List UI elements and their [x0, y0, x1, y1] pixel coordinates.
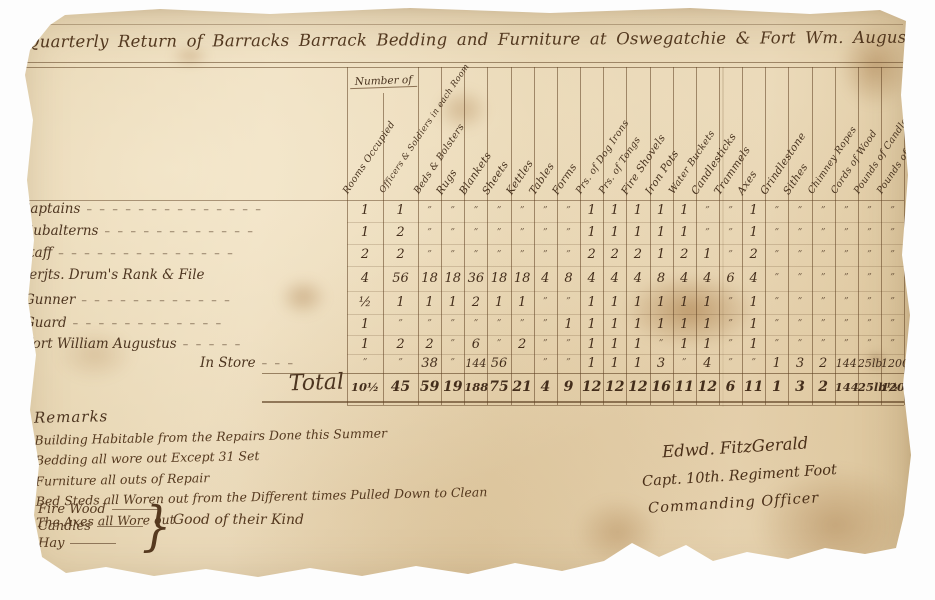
- table-cell: ”: [765, 291, 788, 314]
- table-cell: ”: [696, 222, 719, 244]
- table-cell: 9: [557, 373, 580, 401]
- table-cell: 1: [580, 222, 603, 244]
- table-cell: ”: [383, 314, 418, 335]
- table-cell: ”: [881, 200, 904, 222]
- signature-rank: Capt. 10th. Regiment Foot: [642, 462, 838, 490]
- table-cell: 1: [441, 291, 464, 314]
- table-cell: 6: [719, 266, 742, 291]
- table-cell: ”: [719, 291, 742, 314]
- table-cell: ”: [788, 335, 811, 354]
- grid-line-horizontal: [262, 401, 904, 403]
- table-cell: ”: [557, 335, 580, 354]
- table-cell: 1: [603, 335, 626, 354]
- table-cell: 1: [626, 354, 649, 373]
- table-cell: 1: [383, 291, 418, 314]
- table-cell: ”: [881, 335, 904, 354]
- table-cell: ”: [835, 222, 858, 244]
- table-cell: 2: [742, 244, 765, 266]
- table-cell: 1: [603, 222, 626, 244]
- table-cell: ”: [418, 222, 441, 244]
- table-cell: ”: [881, 291, 904, 314]
- row-label-text: Gunner: [24, 292, 75, 308]
- table-cell: 3: [650, 354, 673, 373]
- table-cell: 45: [383, 373, 418, 401]
- table-cell: ”: [673, 354, 696, 373]
- table-cell: ”: [812, 266, 835, 291]
- table-cell: 1: [626, 222, 649, 244]
- table-cell: ”: [511, 200, 534, 222]
- table-cell: 4: [603, 266, 626, 291]
- table-cell: 12: [626, 373, 649, 401]
- table-cell: ”: [719, 244, 742, 266]
- bracket-item-label: Candles: [38, 519, 91, 534]
- table-cell: 1: [673, 222, 696, 244]
- table-cell: ”: [812, 314, 835, 335]
- row-label: Captains– – – – – – – – – – – – – –: [20, 201, 263, 217]
- table-cell: 56: [487, 354, 510, 373]
- table-cell: ”: [557, 354, 580, 373]
- table-cell: 1: [742, 291, 765, 314]
- table-cell: ”: [742, 354, 765, 373]
- table-cell: 4: [742, 266, 765, 291]
- table-cell: 1: [673, 291, 696, 314]
- table-cell: ”: [534, 222, 557, 244]
- bracket-item: Candles: [38, 519, 158, 536]
- table-cell: 36: [464, 266, 487, 291]
- table-cell: 21: [511, 373, 534, 401]
- table-cell: 2: [580, 244, 603, 266]
- table-cell: 2: [418, 335, 441, 354]
- bracket-item: Hay: [38, 536, 158, 553]
- trailing-dash: [70, 543, 116, 544]
- table-cell: 2: [812, 354, 835, 373]
- table-cell: 4: [626, 266, 649, 291]
- table-cell: 1: [650, 200, 673, 222]
- table-cell: 1: [603, 291, 626, 314]
- table-cell: ”: [347, 354, 383, 373]
- table-cell: ”: [534, 291, 557, 314]
- grid-line-vertical: [904, 67, 905, 405]
- table-cell: 18: [441, 266, 464, 291]
- table-cell: ”: [441, 354, 464, 373]
- table-group-header: Number of: [350, 74, 417, 89]
- table-cell: 1: [418, 291, 441, 314]
- table-cell: ”: [534, 200, 557, 222]
- grid-line-horizontal: [347, 405, 904, 406]
- table-cell: ”: [858, 266, 881, 291]
- remarks-bracket-group: Fire Wood Candles Hay: [38, 502, 158, 553]
- table-cell: ”: [858, 335, 881, 354]
- table-cell: ”: [788, 314, 811, 335]
- table-cell: 6: [719, 373, 742, 401]
- curly-brace: }: [142, 495, 171, 557]
- trailing-dashes: – – – – – – – – – – – – – –: [86, 203, 262, 216]
- table-cell: 1: [696, 291, 719, 314]
- table-cell: 10½: [347, 373, 383, 401]
- trailing-dashes: – – – – –: [183, 338, 243, 351]
- bracket-item: Fire Wood: [38, 502, 158, 519]
- table-cell: ”: [788, 200, 811, 222]
- table-cell: 12: [603, 373, 626, 401]
- table-cell: ”: [858, 244, 881, 266]
- bracket-item-label: Fire Wood: [38, 502, 106, 517]
- row-label: Gunner– – – – – – – – – – – –: [24, 292, 232, 308]
- row-label: Guard– – – – – – – – – – – –: [24, 315, 223, 331]
- table-cell: ”: [812, 222, 835, 244]
- table-cell: ”: [511, 244, 534, 266]
- table-cell: 8: [557, 266, 580, 291]
- table-cell: 1: [673, 200, 696, 222]
- table-cell: 144: [464, 354, 487, 373]
- table-cell: 12: [696, 373, 719, 401]
- table-cell: ”: [487, 200, 510, 222]
- table-cell: ”: [812, 335, 835, 354]
- table-cell: 1: [383, 200, 418, 222]
- trailing-dashes: – – –: [262, 357, 296, 370]
- table-cell: 4: [347, 266, 383, 291]
- table-cell: 1: [487, 291, 510, 314]
- table-cell: 1200: [881, 354, 904, 373]
- table-cell: ”: [487, 222, 510, 244]
- table-cell: 18: [487, 266, 510, 291]
- table-cell: ”: [534, 354, 557, 373]
- row-label-text: Serjts. Drum's Rank & File: [20, 267, 205, 283]
- table-cell: 1: [347, 314, 383, 335]
- table-cell: 3: [788, 354, 811, 373]
- remark-line: Building Habitable from the Repairs Done…: [34, 423, 486, 447]
- table-cell: 38: [418, 354, 441, 373]
- table-cell: 1: [650, 244, 673, 266]
- remark-line: Bedding all wore out Except 31 Set: [35, 443, 487, 467]
- row-label: Fort William Augustus– – – – –: [24, 336, 242, 352]
- table-cell: 1: [765, 354, 788, 373]
- table-cell: 56: [383, 266, 418, 291]
- table-cell: ”: [418, 200, 441, 222]
- table-cell: ”: [858, 222, 881, 244]
- table-cell: ”: [441, 244, 464, 266]
- table-cell: ”: [511, 222, 534, 244]
- table-cell: 1: [673, 335, 696, 354]
- signature-name: Edwd. FitzGerald: [662, 432, 838, 462]
- table-cell: 1: [626, 314, 649, 335]
- row-label: Serjts. Drum's Rank & File: [20, 267, 205, 283]
- table-cell: ”: [788, 291, 811, 314]
- trailing-dashes: – – – – – – – – – – – –: [81, 294, 231, 307]
- table-cell: 1: [347, 335, 383, 354]
- table-cell: 1: [603, 354, 626, 373]
- table-cell: 1: [580, 335, 603, 354]
- table-cell: ”: [464, 244, 487, 266]
- table-cell: 1: [603, 200, 626, 222]
- table-cell: ”: [557, 291, 580, 314]
- table-cell: 25lb½: [858, 373, 881, 401]
- table-cell: 1: [580, 291, 603, 314]
- table-cell: ”: [719, 222, 742, 244]
- trailing-dashes: – – – – – – – – – – – –: [104, 225, 254, 238]
- paper-sheet: Quarterly Return of Barracks Barrack Bed…: [10, 5, 915, 590]
- table-cell: 1: [347, 222, 383, 244]
- paper-stain: [278, 277, 328, 317]
- table-cell: 2: [603, 244, 626, 266]
- trailing-dashes: – – – – – – – – – – – –: [73, 317, 223, 330]
- bracket-item-label: Hay: [38, 536, 64, 551]
- table-cell: 3: [788, 373, 811, 401]
- table-cell: 4: [580, 266, 603, 291]
- table-cell: ”: [765, 314, 788, 335]
- table-cell: 16: [650, 373, 673, 401]
- column-header: Rugs: [434, 167, 460, 197]
- table-cell: ”: [765, 335, 788, 354]
- row-label: In Store– – –: [200, 355, 295, 371]
- row-label-text: Guard: [24, 315, 67, 331]
- table-cell: ”: [441, 335, 464, 354]
- table-cell: ”: [881, 266, 904, 291]
- table-cell: 4: [673, 266, 696, 291]
- table-cell: 1: [580, 354, 603, 373]
- table-cell: ”: [812, 291, 835, 314]
- table-cell: 144: [835, 354, 858, 373]
- table-cell: 1: [603, 314, 626, 335]
- table-cell: 1: [650, 314, 673, 335]
- table-cell: ”: [858, 200, 881, 222]
- table-cell: ”: [557, 244, 580, 266]
- bracket-note: Good of their Kind: [173, 512, 304, 528]
- table-cell: ”: [835, 314, 858, 335]
- table-cell: ”: [719, 200, 742, 222]
- table-cell: 2: [511, 335, 534, 354]
- table-cell: ”: [881, 222, 904, 244]
- table-cell: ”: [511, 314, 534, 335]
- table-cell: ”: [441, 200, 464, 222]
- remark-line: Furniture all outs of Repair: [35, 464, 487, 488]
- table-cell: ”: [464, 314, 487, 335]
- table-cell: ”: [719, 314, 742, 335]
- table-cell: ”: [719, 354, 742, 373]
- table-cell: 188: [464, 373, 487, 401]
- table-cell: ”: [881, 314, 904, 335]
- table-cell: ”: [464, 200, 487, 222]
- scanned-document: Quarterly Return of Barracks Barrack Bed…: [0, 0, 935, 600]
- table-cell: ”: [650, 335, 673, 354]
- table-cell: ”: [765, 244, 788, 266]
- table-cell: 1: [580, 314, 603, 335]
- table-cell: 19: [441, 373, 464, 401]
- table-cell: 4: [534, 373, 557, 401]
- table-cell: ”: [464, 222, 487, 244]
- table-cell: ”: [858, 291, 881, 314]
- table-cell: 18: [511, 266, 534, 291]
- table-cell: 1: [511, 291, 534, 314]
- table-cell: 1: [742, 200, 765, 222]
- row-label-text: Subalterns: [24, 223, 98, 239]
- table-cell: 1: [696, 244, 719, 266]
- document-title: Quarterly Return of Barracks Barrack Bed…: [26, 28, 906, 52]
- table-cell: 1: [673, 314, 696, 335]
- table-cell: 1: [626, 335, 649, 354]
- table-cell: 1: [696, 314, 719, 335]
- table-cell: 2: [464, 291, 487, 314]
- row-label-text: Staff: [20, 245, 52, 261]
- row-label-text: Captains: [20, 201, 80, 217]
- table-cell: 75: [487, 373, 510, 401]
- table-cell: ”: [788, 222, 811, 244]
- table-cell: ”: [765, 266, 788, 291]
- table-cell: ”: [835, 266, 858, 291]
- table-cell: 1: [650, 222, 673, 244]
- table-cell: ”: [719, 335, 742, 354]
- trailing-dashes: – – – – – – – – – – – – – –: [58, 247, 234, 260]
- table-cell: 2: [347, 244, 383, 266]
- table-cell: ”: [557, 222, 580, 244]
- total-label: Total: [258, 370, 345, 398]
- table-cell: ”: [835, 200, 858, 222]
- table-cell: ”: [487, 244, 510, 266]
- table-cell: 2: [673, 244, 696, 266]
- table-cell: ”: [534, 314, 557, 335]
- table-cell: 1200: [881, 373, 904, 401]
- table-cell: ”: [881, 244, 904, 266]
- table-cell: ”: [858, 314, 881, 335]
- table-cell: 2: [812, 373, 835, 401]
- table-cell: 1: [765, 373, 788, 401]
- row-label: Staff– – – – – – – – – – – – – –: [20, 245, 235, 261]
- table-cell: ”: [534, 244, 557, 266]
- table-cell: ”: [812, 200, 835, 222]
- grid-line-horizontal: [22, 24, 903, 25]
- column-header: Axes: [735, 168, 760, 197]
- table-cell: ”: [765, 200, 788, 222]
- table-cell: ”: [557, 200, 580, 222]
- table-cell: ”: [418, 314, 441, 335]
- table-cell: ”: [441, 222, 464, 244]
- table-cell: 2: [383, 222, 418, 244]
- table-cell: ”: [487, 314, 510, 335]
- table-cell: 18: [418, 266, 441, 291]
- table-cell: 2: [383, 335, 418, 354]
- table-cell: 1: [742, 222, 765, 244]
- table-cell: ”: [788, 266, 811, 291]
- table-cell: ”: [835, 335, 858, 354]
- table-cell: 1: [696, 335, 719, 354]
- table-cell: ”: [418, 244, 441, 266]
- table-cell: ”: [788, 244, 811, 266]
- table-cell: ½: [347, 291, 383, 314]
- table-cell: ”: [835, 244, 858, 266]
- table-cell: ”: [696, 200, 719, 222]
- table-cell: 4: [696, 354, 719, 373]
- table-cell: 12: [580, 373, 603, 401]
- table-cell: 1: [742, 314, 765, 335]
- table-cell: 1: [742, 335, 765, 354]
- table-cell: 2: [383, 244, 418, 266]
- table-cell: ”: [812, 244, 835, 266]
- table-cell: 6: [464, 335, 487, 354]
- table-cell: 4: [696, 266, 719, 291]
- table-cell: 144: [835, 373, 858, 401]
- row-label-text: In Store: [200, 355, 256, 371]
- table-cell: 4: [534, 266, 557, 291]
- table-cell: 8: [650, 266, 673, 291]
- row-label: Subalterns– – – – – – – – – – – –: [24, 223, 255, 239]
- table-cell: ”: [765, 222, 788, 244]
- table-cell: 11: [742, 373, 765, 401]
- row-label-text: Fort William Augustus: [24, 336, 177, 352]
- table-cell: 11: [673, 373, 696, 401]
- signature-block: Edwd. FitzGerald Capt. 10th. Regiment Fo…: [642, 437, 837, 511]
- table-cell: ”: [487, 335, 510, 354]
- table-cell: 1: [626, 291, 649, 314]
- table-cell: ”: [441, 314, 464, 335]
- table-cell: 1: [347, 200, 383, 222]
- table-cell: 1: [626, 200, 649, 222]
- table-cell: 1: [557, 314, 580, 335]
- table-cell: 1: [650, 291, 673, 314]
- signature-title: Commanding Officer: [648, 489, 838, 517]
- table-cell: 25lb: [858, 354, 881, 373]
- table-cell: ”: [534, 335, 557, 354]
- table-cell: ”: [383, 354, 418, 373]
- table-cell: 1: [580, 200, 603, 222]
- table-cell: 59: [418, 373, 441, 401]
- table-cell: ”: [835, 291, 858, 314]
- trailing-dash: [97, 526, 143, 527]
- table-cell: 2: [626, 244, 649, 266]
